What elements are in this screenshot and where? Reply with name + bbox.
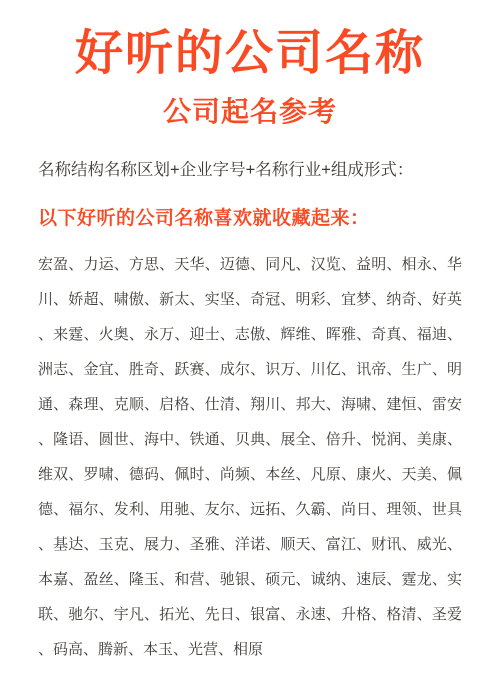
collect-prompt-line: 以下好听的公司名称喜欢就收藏起来： <box>38 207 468 232</box>
poster-subtitle: 公司起名参考 <box>0 95 500 129</box>
company-name-list: 宏盈、力运、方思、天华、迈德、同凡、汉览、益明、相永、华川、娇超、啸傲、新太、实… <box>38 247 462 667</box>
name-structure-line: 名称结构名称区划+企业字号+名称行业+组成形式： <box>38 159 468 182</box>
company-names-poster: 好听的公司名称 公司起名参考 名称结构名称区划+企业字号+名称行业+组成形式： … <box>0 0 500 673</box>
poster-title: 好听的公司名称 <box>0 26 500 81</box>
